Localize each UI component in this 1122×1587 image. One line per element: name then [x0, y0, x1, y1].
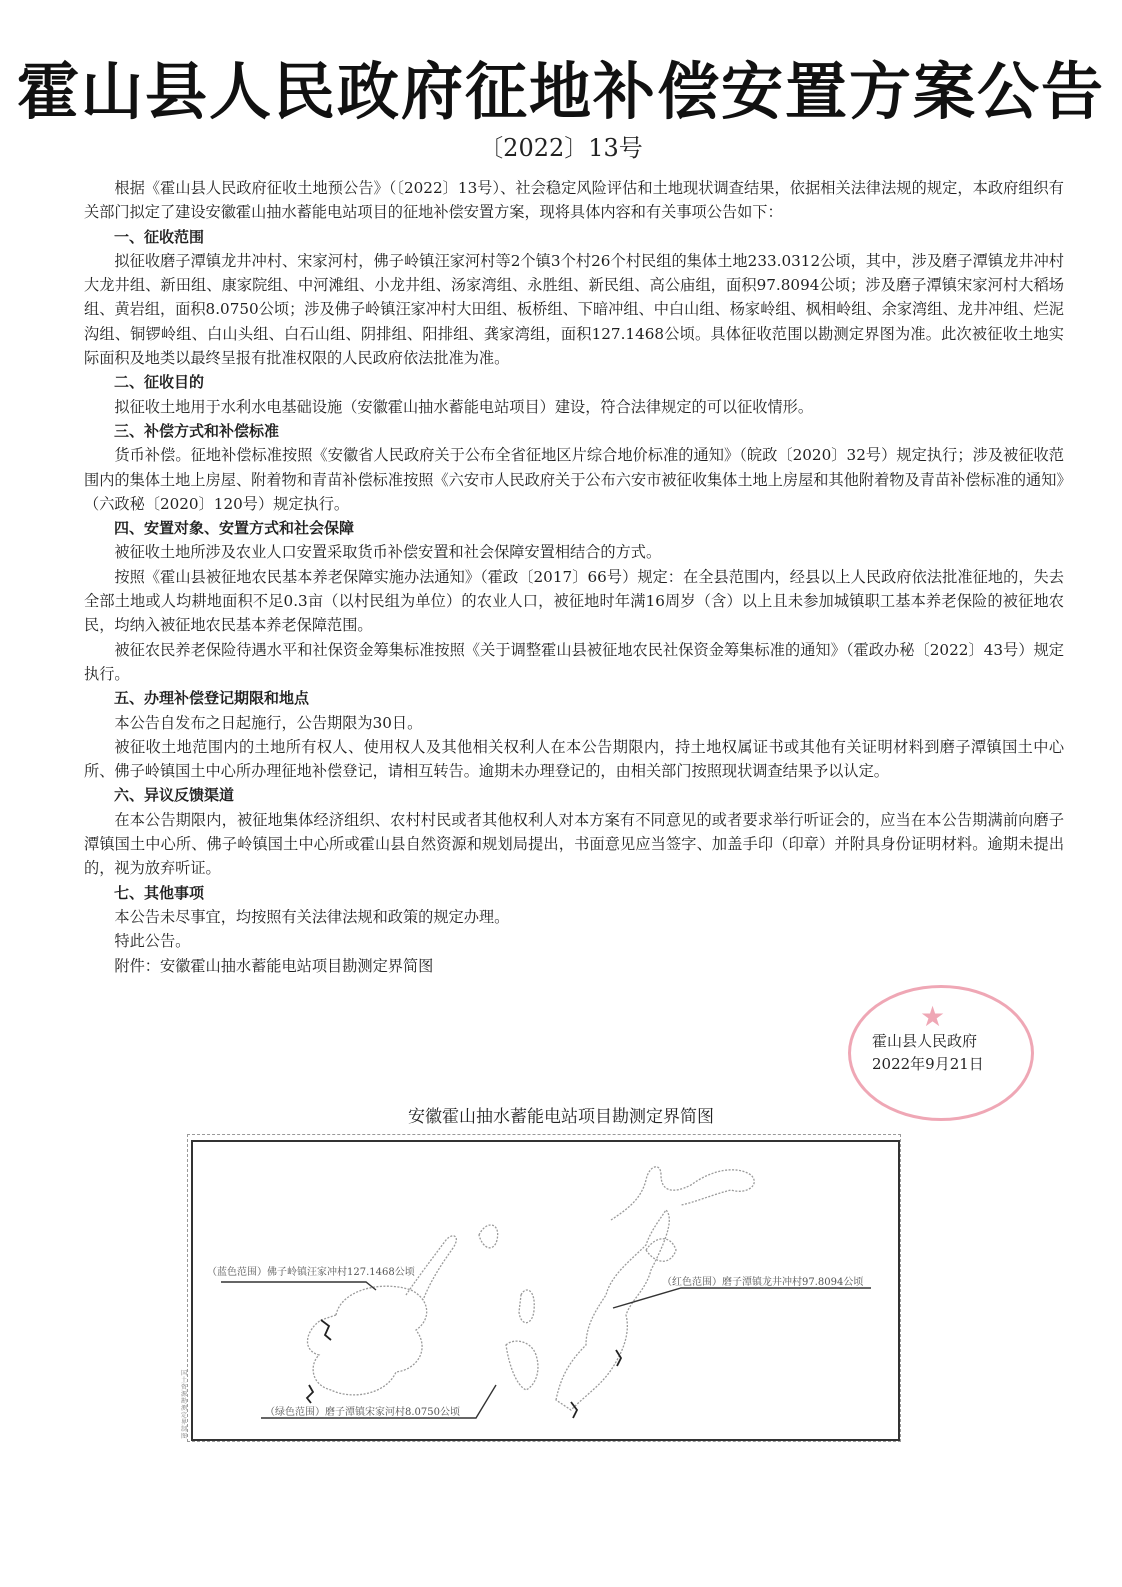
section-heading-resettlement: 四、安置对象、安置方式和社会保障: [84, 516, 1064, 540]
intro-paragraph: 根据《霍山县人民政府征收土地预公告》（〔2022〕13号）、社会稳定风险评估和土…: [84, 176, 1064, 225]
section-paragraph: 在本公告期限内，被征地集体经济组织、农村村民或者其他权利人对本方案有不同意见的或…: [84, 808, 1064, 881]
map-label-red-area: （红色范围）磨子潭镇龙井冲村97.8094公顷: [662, 1273, 863, 1288]
section-paragraph: 本公告自发布之日起施行，公告期限为30日。: [84, 711, 1064, 735]
section-paragraph: 被征收土地范围内的土地所有权人、使用权人及其他相关权利人在本公告期限内，持土地权…: [84, 735, 1064, 784]
section-paragraph: 拟征收磨子潭镇龙井冲村、宋家河村，佛子岭镇汪家河村等2个镇3个村26个村民组的集…: [84, 249, 1064, 370]
section-paragraph: 特此公告。: [84, 929, 1064, 953]
page-title: 霍山县人民政府征地补偿安置方案公告: [0, 52, 1122, 132]
section-paragraph: 被征收土地所涉及农业人口安置采取货币补偿安置和社会保障安置相结合的方式。: [84, 540, 1064, 564]
map-title: 安徽霍山抽水蓄能电站项目勘测定界简图: [0, 1102, 1122, 1127]
issuer-name: 霍山县人民政府: [872, 1030, 984, 1053]
notice-body: 根据《霍山县人民政府征收土地预公告》（〔2022〕13号）、社会稳定风险评估和土…: [84, 176, 1064, 978]
document-number: 〔2022〕13号: [0, 130, 1122, 166]
section-paragraph: 被征农民养老保险待遇水平和社保资金筹集标准按照《关于调整霍山县被征地农民社保资金…: [84, 638, 1064, 687]
section-heading-objection: 六、异议反馈渠道: [84, 783, 1064, 807]
section-paragraph: 按照《霍山县被征地农民基本养老保障实施办法通知》（霍政〔2017〕66号）规定：…: [84, 565, 1064, 638]
seal-star-icon: ★: [920, 1000, 945, 1033]
section-heading-compensation: 三、补偿方式和补偿标准: [84, 419, 1064, 443]
map-side-note: 国土资源勘测定界制图: [181, 1370, 189, 1440]
section-heading-purpose: 二、征收目的: [84, 370, 1064, 394]
issue-date: 2022年9月21日: [872, 1053, 984, 1076]
map-label-green-area: （绿色范围）磨子潭镇宋家河村8.0750公顷: [265, 1403, 460, 1418]
map-label-blue-area: （蓝色范围）佛子岭镇汪家冲村127.1468公顷: [207, 1263, 415, 1278]
section-paragraph: 本公告未尽事宜，均按照有关法律法规和政策的规定办理。: [84, 905, 1064, 929]
attachment-line: 附件：安徽霍山抽水蓄能电站项目勘测定界简图: [84, 954, 1064, 978]
section-heading-scope: 一、征收范围: [84, 225, 1064, 249]
section-heading-registration: 五、办理补偿登记期限和地点: [84, 686, 1064, 710]
section-paragraph: 拟征收土地用于水利水电基础设施（安徽霍山抽水蓄能电站项目）建设，符合法律规定的可…: [84, 395, 1064, 419]
boundary-map-drawing: [191, 1140, 896, 1437]
section-paragraph: 货币补偿。征地补偿标准按照《安徽省人民政府关于公布全省征地区片综合地价标准的通知…: [84, 443, 1064, 516]
section-heading-other: 七、其他事项: [84, 881, 1064, 905]
signature-block: 霍山县人民政府 2022年9月21日: [872, 1030, 984, 1076]
